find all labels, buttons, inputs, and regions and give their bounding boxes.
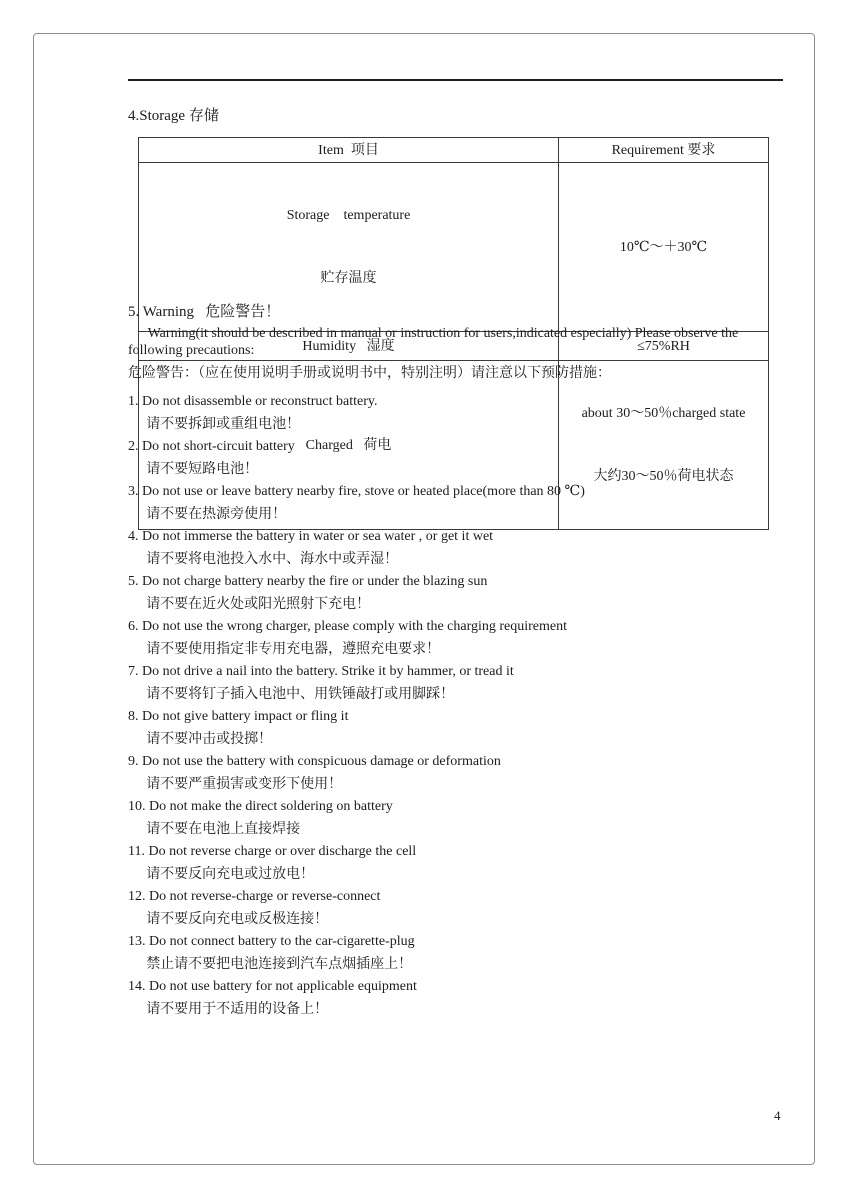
precaution-14-zh: 请不要用于不适用的设备上！ [128, 999, 786, 1022]
precaution-item-4: 4. Do not immerse the battery in water o… [128, 526, 786, 571]
precaution-7-en: 7. Do not drive a nail into the battery.… [128, 661, 786, 684]
precaution-12-en: 12. Do not reverse-charge or reverse-con… [128, 886, 786, 909]
precaution-item-7: 7. Do not drive a nail into the battery.… [128, 661, 786, 706]
warning-section-heading: 5. Warning 危险警告！ [128, 302, 786, 322]
precaution-item-11: 11. Do not reverse charge or over discha… [128, 841, 786, 886]
document-page: 4.Storage 存储 Item 项目 Requirement 要求 Stor… [0, 0, 849, 1200]
precaution-6-en: 6. Do not use the wrong charger, please … [128, 616, 786, 639]
precaution-8-zh: 请不要冲击或投掷！ [128, 729, 786, 752]
precaution-item-9: 9. Do not use the battery with conspicuo… [128, 751, 786, 796]
precaution-11-en: 11. Do not reverse charge or over discha… [128, 841, 786, 864]
precaution-10-zh: 请不要在电池上直接焊接 [128, 819, 786, 842]
precaution-9-zh: 请不要严重损害或变形下使用！ [128, 774, 786, 797]
precaution-6-zh: 请不要使用指定非专用充电器，遵照充电要求！ [128, 639, 786, 662]
storage-temperature-item-en: Storage temperature [143, 205, 554, 226]
precaution-item-14: 14. Do not use battery for not applicabl… [128, 976, 786, 1021]
storage-table-header-item: Item 项目 [139, 138, 559, 163]
precaution-13-en: 13. Do not connect battery to the car-ci… [128, 931, 786, 954]
storage-table-header-row: Item 项目 Requirement 要求 [139, 138, 769, 163]
precaution-item-5: 5. Do not charge battery nearby the fire… [128, 571, 786, 616]
precaution-13-zh: 禁止请不要把电池连接到汽车点烟插座上！ [128, 954, 786, 977]
precaution-3-en: 3. Do not use or leave battery nearby fi… [128, 481, 786, 504]
precaution-item-3: 3. Do not use or leave battery nearby fi… [128, 481, 786, 526]
precaution-7-zh: 请不要将钉子插入电池中、用铁锤敲打或用脚踩！ [128, 684, 786, 707]
precaution-11-zh: 请不要反向充电或过放电！ [128, 864, 786, 887]
precaution-5-zh: 请不要在近火处或阳光照射下充电！ [128, 594, 786, 617]
precaution-item-2: 2. Do not short-circuit battery 请不要短路电池！ [128, 436, 786, 481]
precaution-12-zh: 请不要反向充电或反极连接！ [128, 909, 786, 932]
precaution-item-13: 13. Do not connect battery to the car-ci… [128, 931, 786, 976]
precaution-2-en: 2. Do not short-circuit battery [128, 436, 786, 459]
storage-table-header-requirement: Requirement 要求 [559, 138, 769, 163]
page-number: 4 [774, 1108, 781, 1124]
precaution-item-12: 12. Do not reverse-charge or reverse-con… [128, 886, 786, 931]
precaution-1-zh: 请不要拆卸或重组电池！ [128, 414, 786, 437]
precaution-item-1: 1. Do not disassemble or reconstruct bat… [128, 391, 786, 436]
storage-temperature-item-zh: 贮存温度 [143, 268, 554, 289]
precaution-4-en: 4. Do not immerse the battery in water o… [128, 526, 786, 549]
precaution-5-en: 5. Do not charge battery nearby the fire… [128, 571, 786, 594]
precaution-9-en: 9. Do not use the battery with conspicuo… [128, 751, 786, 774]
precaution-item-6: 6. Do not use the wrong charger, please … [128, 616, 786, 661]
precaution-item-8: 8. Do not give battery impact or fling i… [128, 706, 786, 751]
precaution-8-en: 8. Do not give battery impact or fling i… [128, 706, 786, 729]
precaution-item-10: 10. Do not make the direct soldering on … [128, 796, 786, 841]
precaution-14-en: 14. Do not use battery for not applicabl… [128, 976, 786, 999]
precaution-list: 1. Do not disassemble or reconstruct bat… [128, 391, 786, 1021]
precaution-10-en: 10. Do not make the direct soldering on … [128, 796, 786, 819]
precaution-1-en: 1. Do not disassemble or reconstruct bat… [128, 391, 786, 414]
precaution-2-zh: 请不要短路电池！ [128, 459, 786, 482]
precaution-4-zh: 请不要将电池投入水中、海水中或弄湿！ [128, 549, 786, 572]
precaution-3-zh: 请不要在热源旁使用！ [128, 504, 786, 527]
storage-section-heading: 4.Storage 存储 [128, 104, 219, 125]
warning-intro-en: Warning(it should be described in manual… [128, 325, 786, 359]
warning-section: 5. Warning 危险警告！ Warning(it should be de… [128, 302, 786, 1021]
header-rule [128, 79, 783, 81]
warning-intro-zh: 危险警告：（应在使用说明手册或说明书中，特别注明）请注意以下预防措施： [128, 363, 786, 384]
